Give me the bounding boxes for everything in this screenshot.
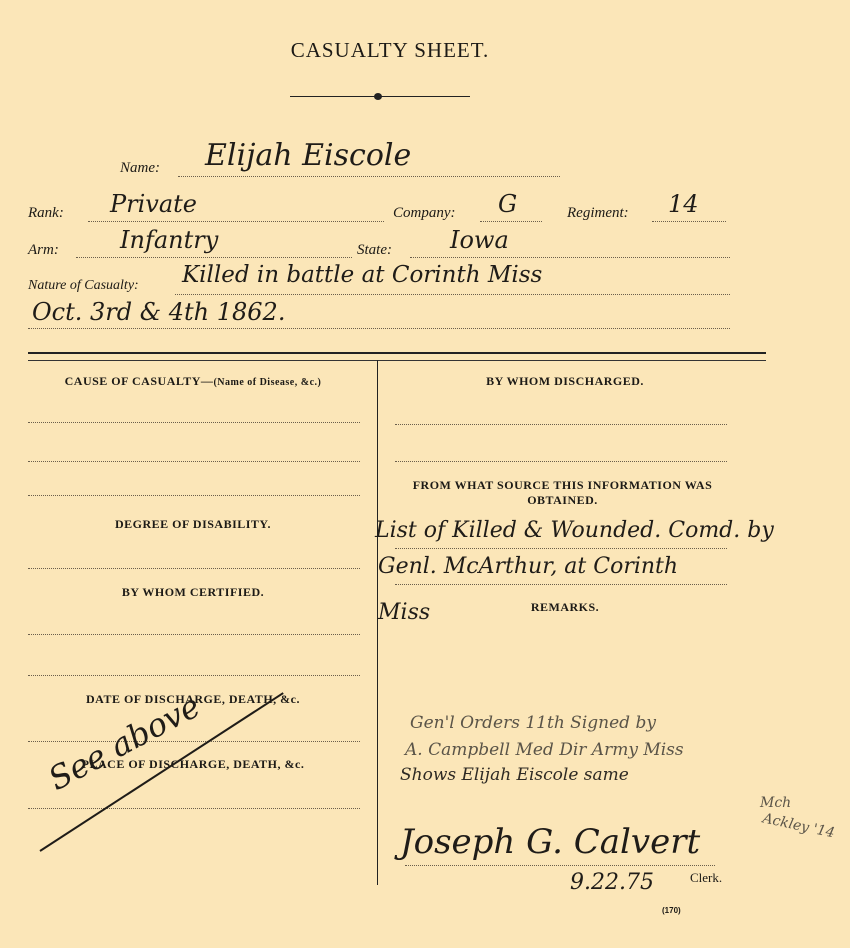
- state-value: Iowa: [450, 226, 509, 254]
- discharged-line-2: [395, 461, 727, 462]
- cause-heading: CAUSE OF CASUALTY—(Name of Disease, &c.): [28, 374, 358, 389]
- company-label: Company:: [393, 205, 456, 222]
- name-value: Elijah Eiscole: [205, 138, 411, 173]
- arm-value: Infantry: [120, 226, 218, 254]
- regiment-value: 14: [668, 190, 699, 218]
- cause-line-1: [28, 422, 360, 423]
- certified-line-2: [28, 675, 360, 676]
- source-value-line2: Genl. McArthur, at Corinth: [378, 554, 678, 579]
- name-line: [178, 176, 560, 177]
- nature-value-line2: Oct. 3rd & 4th 1862.: [32, 298, 285, 326]
- nature-line-2: [28, 328, 730, 329]
- rank-label: Rank:: [28, 205, 64, 222]
- clerk-signature: Joseph G. Calvert: [400, 822, 700, 862]
- arm-line: [76, 257, 352, 258]
- name-label: Name:: [120, 160, 160, 177]
- nature-of-casualty-label: Nature of Casualty:: [28, 278, 139, 294]
- remarks-note2: Ackley '14: [761, 811, 836, 842]
- remarks-line3: Shows Elijah Eiscole same: [400, 765, 629, 785]
- arm-label: Arm:: [28, 242, 59, 259]
- nature-value-line1: Killed in battle at Corinth Miss: [182, 262, 542, 288]
- regiment-line: [652, 221, 726, 222]
- discharged-line-1: [395, 424, 727, 425]
- regiment-label: Regiment:: [567, 205, 629, 222]
- document-title: CASUALTY SHEET.: [0, 38, 780, 63]
- source-value-line1: List of Killed & Wounded. Comd. by: [375, 518, 774, 543]
- degree-of-disability-heading: DEGREE OF DISABILITY.: [28, 517, 358, 532]
- discharged-heading: BY WHOM DISCHARGED.: [395, 374, 735, 389]
- remarks-line2: A. Campbell Med Dir Army Miss: [405, 740, 684, 760]
- certified-line-1: [28, 634, 360, 635]
- clerk-label: Clerk.: [690, 870, 722, 886]
- state-label: State:: [357, 242, 392, 259]
- rank-line: [88, 221, 384, 222]
- remarks-heading: REMARKS.: [395, 600, 735, 615]
- title-ornament-divider: [290, 93, 470, 99]
- form-number: (170): [662, 906, 681, 915]
- date-line: [28, 741, 360, 742]
- source-line-1: [395, 548, 727, 549]
- state-line: [410, 257, 730, 258]
- source-line-2: [395, 584, 727, 585]
- company-line: [480, 221, 542, 222]
- company-value: G: [498, 190, 517, 218]
- cause-line-3: [28, 495, 360, 496]
- nature-line-1: [175, 294, 730, 295]
- certified-heading: BY WHOM CERTIFIED.: [28, 585, 358, 600]
- date-code: 9.22.75: [570, 870, 654, 895]
- remarks-note1: Mch: [760, 795, 791, 811]
- section-divider: [28, 352, 766, 361]
- rank-value: Private: [110, 190, 197, 218]
- cause-line-2: [28, 461, 360, 462]
- source-heading: FROM WHAT SOURCE THIS INFORMATION WASOBT…: [390, 478, 735, 508]
- disability-line: [28, 568, 360, 569]
- signature-line: [405, 865, 715, 866]
- place-line: [28, 808, 360, 809]
- remarks-line1: Gen'l Orders 11th Signed by: [410, 713, 656, 733]
